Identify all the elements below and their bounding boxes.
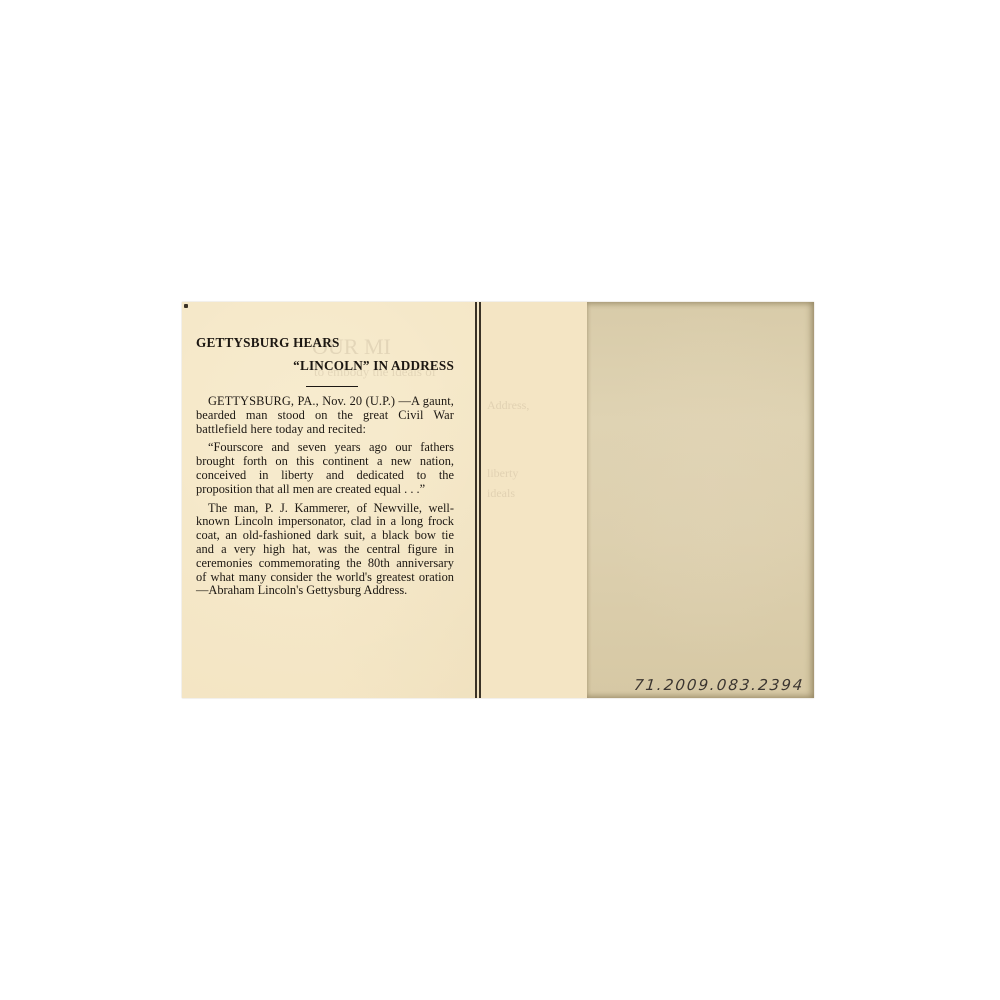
article: GETTYSBURG HEARS “LINCOLN” IN ADDRESS GE… [196, 334, 454, 598]
clipping-card: OUR MI to embody the ideals of GETTYSBUR… [182, 302, 814, 698]
blank-margin-panel: Address, liberty ideals [481, 302, 587, 698]
article-paragraph-1: GETTYSBURG, PA., Nov. 20 (U.P.) —A gaunt… [196, 395, 454, 436]
divider-line-left [475, 302, 477, 698]
headline-line-2: “LINCOLN” IN ADDRESS [196, 357, 454, 374]
article-panel: OUR MI to embody the ideals of GETTYSBUR… [182, 302, 474, 698]
faded-photo-panel: 71.2009.083.2394 [587, 302, 814, 698]
article-paragraph-3: The man, P. J. Kammerer, of Newville, we… [196, 502, 454, 599]
headline-rule [306, 386, 358, 387]
headline-line-1: GETTYSBURG HEARS [196, 334, 454, 351]
article-paragraph-2: “Fourscore and seven years ago our fathe… [196, 441, 454, 496]
catalog-number: 71.2009.083.2394 [633, 676, 805, 694]
